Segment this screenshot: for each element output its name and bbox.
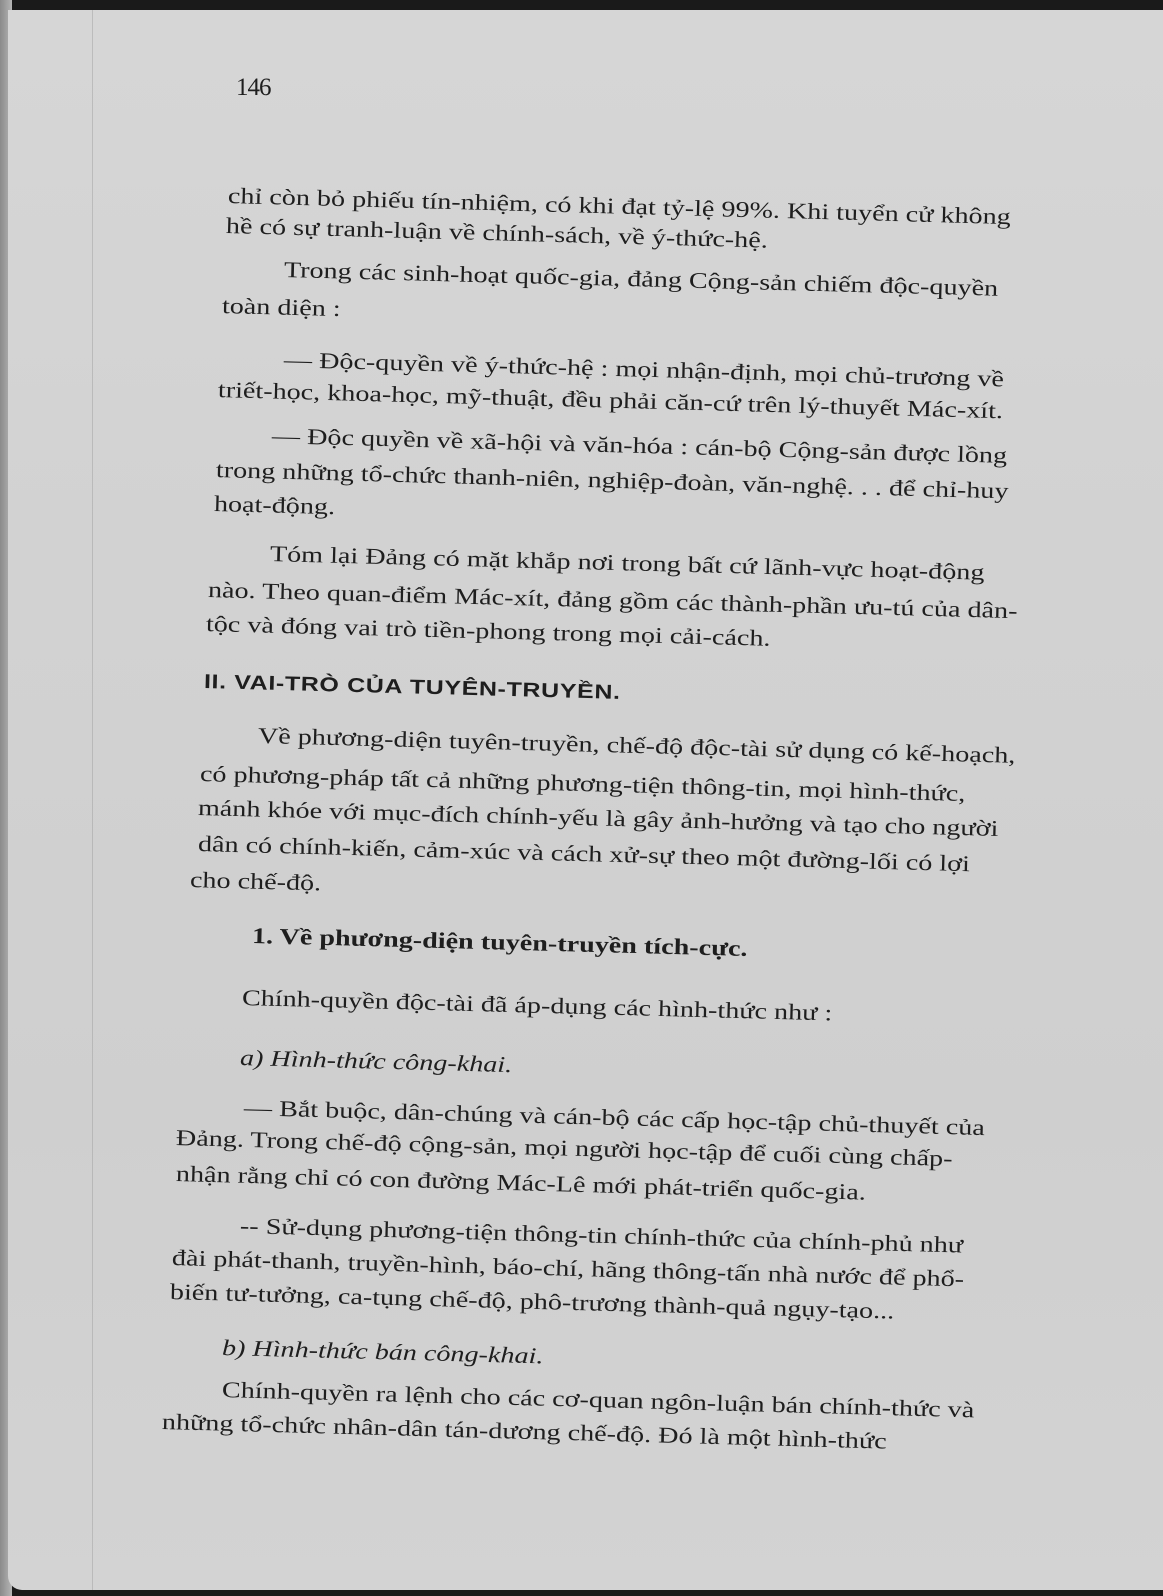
text-line: cho chế-độ. bbox=[190, 866, 322, 897]
page-content: 146 chỉ còn bỏ phiếu tín-nhiệm, có khi đ… bbox=[0, 0, 1163, 1596]
text-line: Về phương-diện tuyên-truyền, chế-độ độc-… bbox=[258, 722, 1016, 770]
subsection-heading: 1. Về phương-diện tuyên-truyền tích-cực. bbox=[252, 922, 748, 963]
text-line: hoạt-động. bbox=[214, 490, 336, 521]
page-number: 146 bbox=[236, 74, 271, 102]
italic-subheading: b) Hình-thức bán công-khai. bbox=[222, 1334, 544, 1370]
text-line: Trong các sinh-hoạt quốc-gia, đảng Cộng-… bbox=[284, 256, 999, 303]
scanned-page: 146 chỉ còn bỏ phiếu tín-nhiệm, có khi đ… bbox=[0, 0, 1163, 1596]
italic-subheading: a) Hình-thức công-khai. bbox=[240, 1044, 513, 1079]
text-line: Chính-quyền độc-tài đã áp-dụng các hình-… bbox=[242, 984, 833, 1027]
section-heading: II. VAI-TRÒ CỦA TUYÊN-TRUYỀN. bbox=[204, 668, 621, 707]
text-line: toàn diện : bbox=[222, 292, 341, 323]
